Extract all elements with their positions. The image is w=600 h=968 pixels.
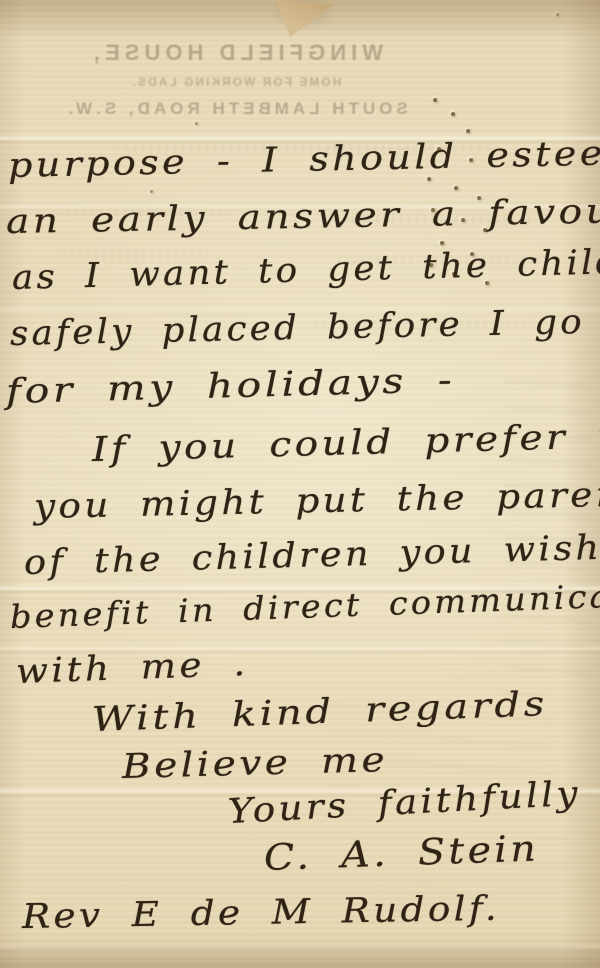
- handwriting-line: as I want to get the children: [11, 240, 600, 298]
- letterhead-address: SOUTH LAMBETH ROAD, S.W.: [0, 99, 472, 119]
- pinhole: [451, 112, 455, 116]
- pinhole: [454, 186, 458, 190]
- pinhole: [433, 98, 437, 102]
- letter-page: WINGFIELD HOUSE, HOME FOR WORKING LADS. …: [0, 0, 600, 968]
- pinhole: [440, 241, 444, 245]
- addressee-line: Rev E de M Rudolf.: [22, 889, 501, 937]
- letterhead-showthrough: WINGFIELD HOUSE, HOME FOR WORKING LADS. …: [0, 40, 600, 119]
- handwriting-line: with me .: [15, 644, 249, 692]
- handwriting-line: an early answer a favour: [6, 191, 600, 242]
- letterhead-subtitle: HOME FOR WORKING LADS.: [0, 75, 472, 89]
- pinhole: [466, 129, 470, 133]
- handwriting-line: for my holidays -: [5, 360, 455, 412]
- pinhole: [427, 177, 431, 181]
- paper-speck: [150, 190, 153, 193]
- paper-speck: [556, 13, 559, 16]
- paper-speck: [195, 122, 198, 125]
- letterhead-house-name: WINGFIELD HOUSE,: [0, 40, 472, 66]
- fold-crease: [0, 942, 600, 952]
- handwriting-line: Believe me: [121, 740, 388, 787]
